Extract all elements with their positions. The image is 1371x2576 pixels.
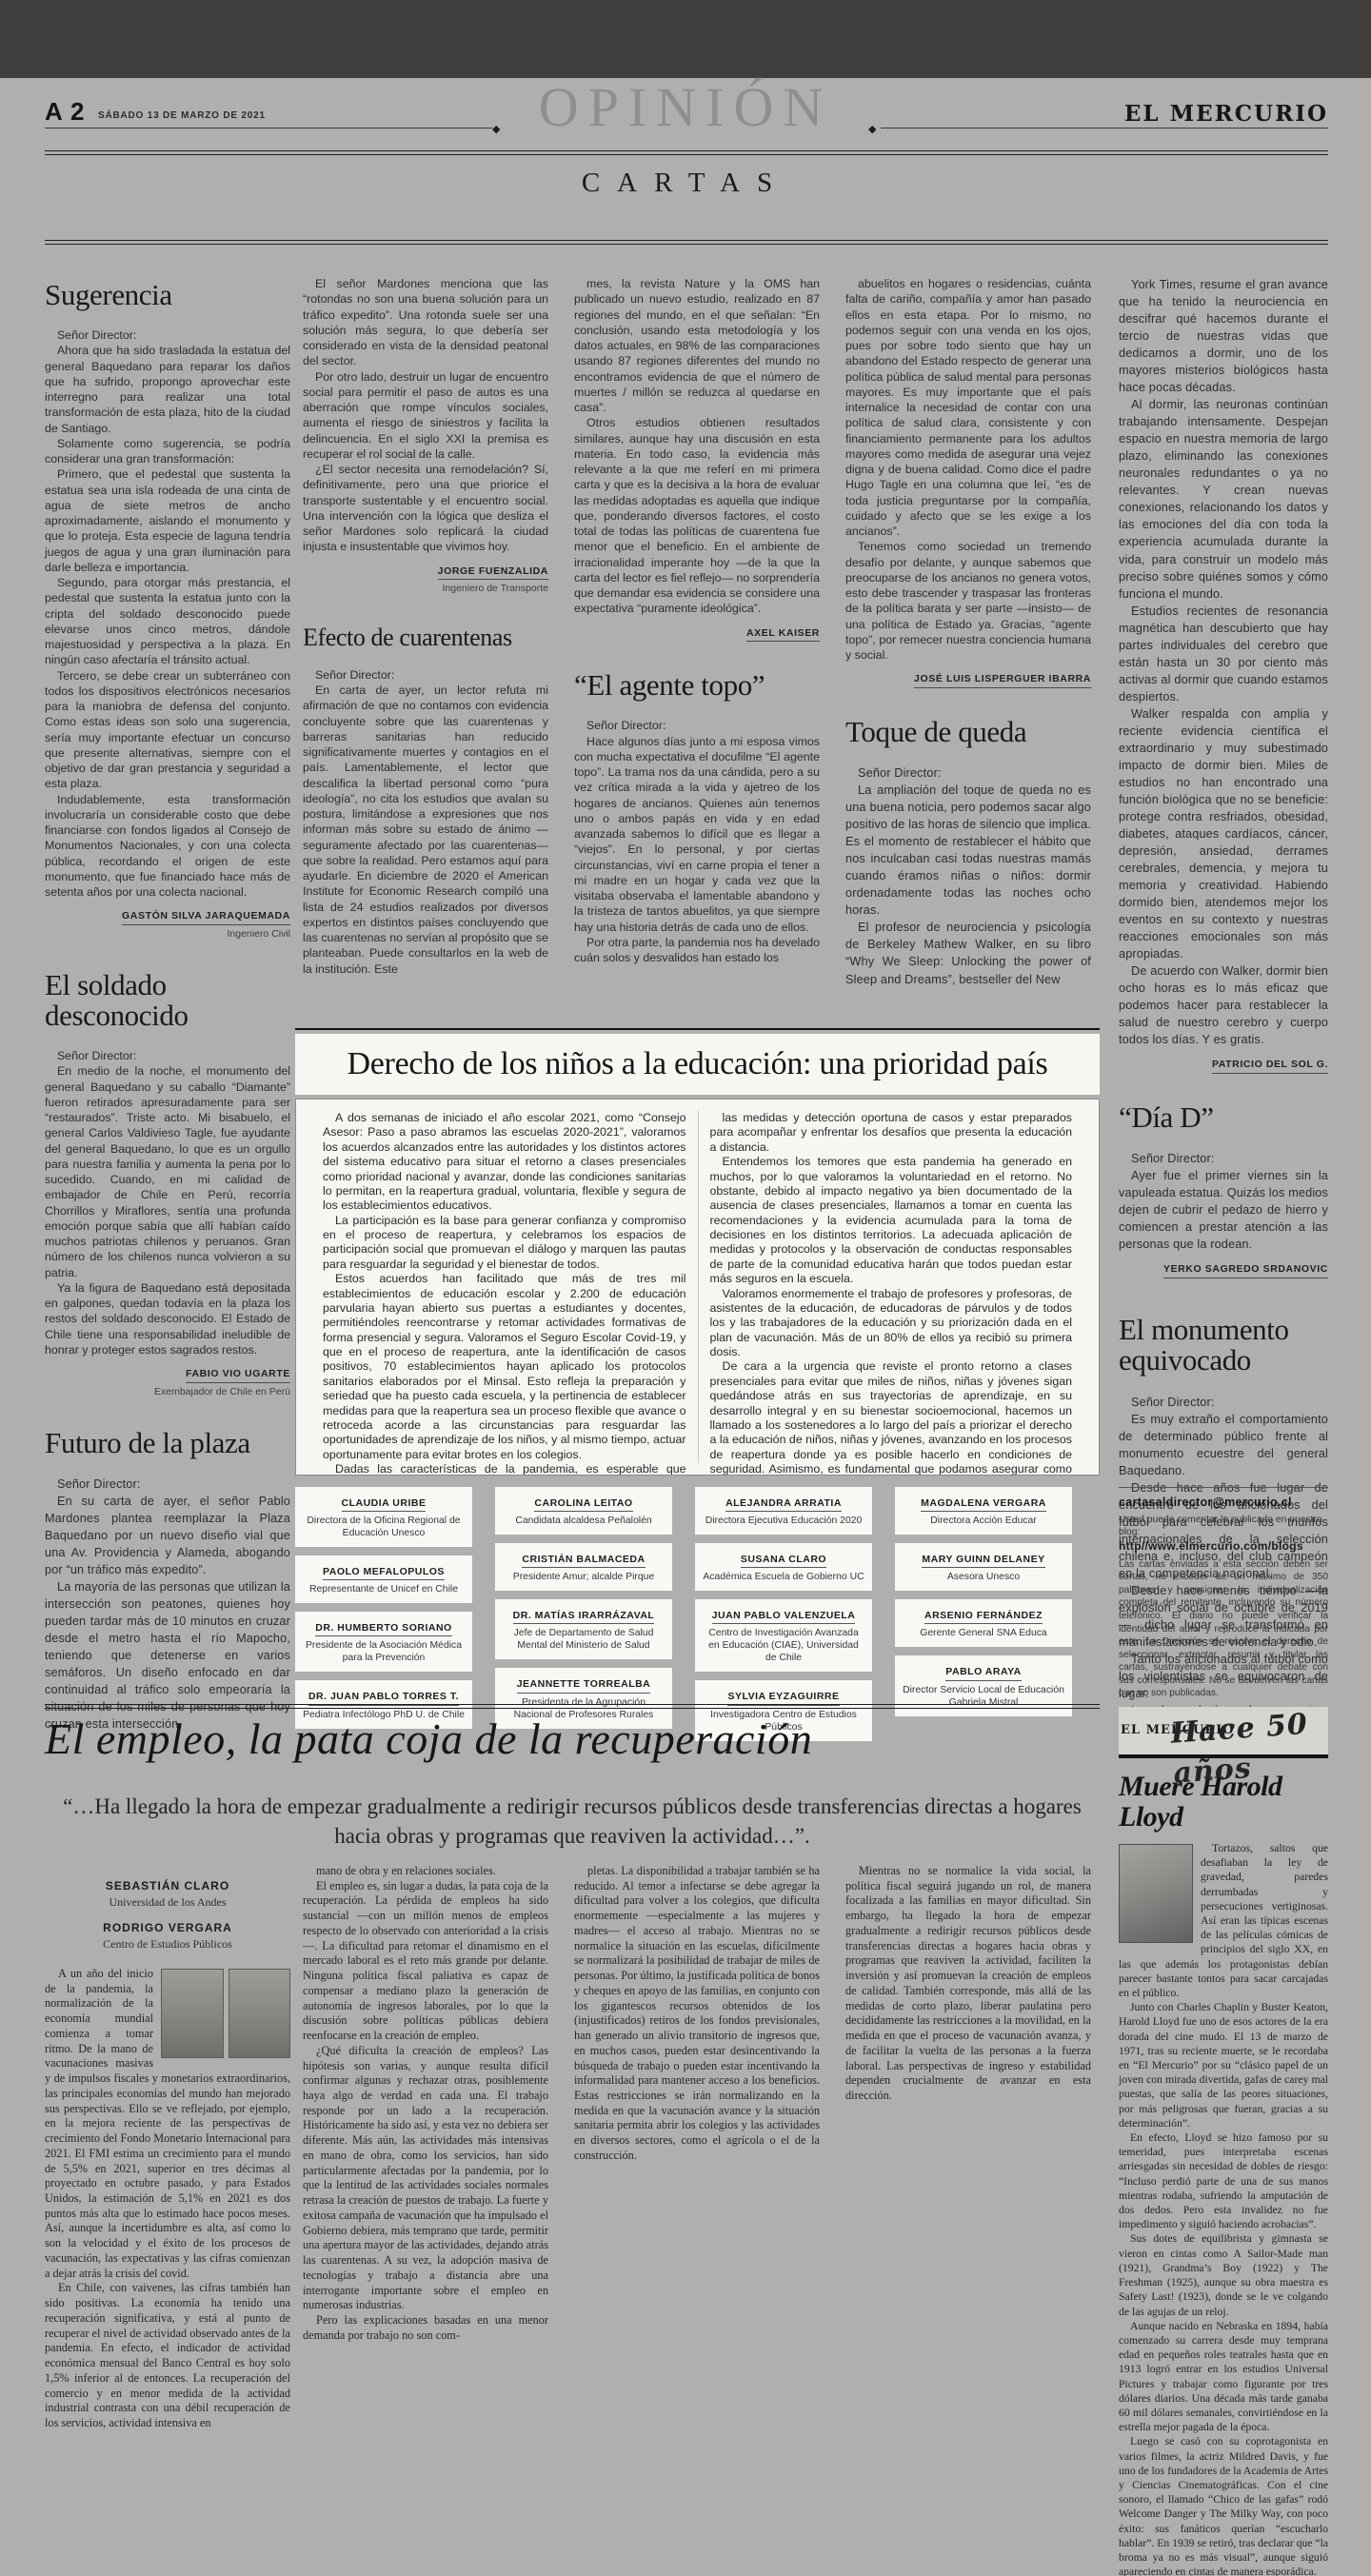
paragraph: Por otro lado, destruir un lugar de encu…	[303, 369, 548, 463]
signatory-chip: ALEJANDRA ARRATIADirectora Ejecutiva Edu…	[695, 1487, 872, 1535]
author-photos	[161, 1969, 290, 2058]
paragraph: Señor Director:	[1119, 1394, 1328, 1411]
cartas-double-rule	[45, 240, 1328, 245]
paragraph: Señor Director:	[45, 1048, 290, 1063]
signatory-role: Directora de la Oficina Regional de Educ…	[303, 1515, 465, 1539]
letter-title-dia-d: “Día D”	[1119, 1102, 1328, 1133]
signatory-role: Presidente de la Asociación Médica para …	[303, 1639, 465, 1664]
paragraph: Sus dotes de equilibrista y gimnasta se …	[1119, 2231, 1328, 2318]
paragraph: ¿Qué dificulta la creación de empleos? L…	[303, 2044, 548, 2313]
paragraph: mes, la revista Nature y la OMS han publ…	[574, 276, 820, 415]
editor-email-link[interactable]: cartasaldirector@mercurio.cl	[1119, 1496, 1328, 1510]
signature-name: GASTÓN SILVA JARAQUEMADA	[122, 910, 290, 925]
signatory-role: Candidata alcaldesa Peñalolén	[503, 1515, 665, 1527]
letter-body: Señor Director:Hace algunos días junto a…	[574, 718, 820, 965]
paragraph: La mayoría de las personas que utilizan …	[45, 1578, 290, 1733]
paragraph: Hace algunos días junto a mi esposa vimo…	[574, 734, 820, 935]
letter-continuation: mes, la revista Nature y la OMS han publ…	[574, 276, 820, 617]
paragraph: Estos acuerdos han facilitado que más de…	[323, 1272, 686, 1462]
signatory-name: PABLO ARAYA	[945, 1666, 1021, 1680]
letter-title-soldado: El soldado desconocido	[45, 970, 290, 1031]
signatory-chip: MAGDALENA VERGARADirectora Acción Educar	[895, 1487, 1072, 1535]
signatory-name: ALEJANDRA ARRATIA	[725, 1497, 842, 1512]
letters-column-1: Sugerencia Señor Director:Ahora que ha s…	[45, 276, 290, 1733]
signatory-chip: SUSANA CLAROAcadémica Escuela de Gobiern…	[695, 1543, 872, 1591]
paragraph: Por otra parte, la pandemia nos ha devel…	[574, 935, 820, 966]
signature-role: Ingeniero de Transporte	[303, 583, 548, 596]
diamond-icon: ◆	[868, 123, 876, 135]
author-portrait-photo	[228, 1969, 291, 2058]
paragraph: Luego se casó con su coprotagonista en v…	[1119, 2434, 1328, 2576]
author-name: RODRIGO VERGARA	[45, 1921, 290, 1934]
paragraph: Señor Director:	[1119, 1150, 1328, 1167]
paragraph: A dos semanas de iniciado el año escolar…	[323, 1111, 686, 1214]
signature-name: JOSÉ LUIS LISPERGUER IBARRA	[914, 673, 1091, 688]
paragraph: Aunque nacido en Nebraska en 1894, había…	[1119, 2319, 1328, 2435]
paragraph: En su carta de ayer, el señor Pablo Mard…	[45, 1493, 290, 1578]
paragraph: Señor Director:	[45, 327, 290, 343]
signatory-chip: DR. HUMBERTO SORIANOPresidente de la Aso…	[295, 1612, 472, 1672]
signatory-name: CRISTIÁN BALMACEDA	[522, 1554, 645, 1568]
author-portrait-photo	[161, 1969, 224, 2058]
banner-script-title: Hace 50 años	[1169, 1703, 1330, 1793]
letters-to-editor-info-box: cartasaldirector@mercurio.cl Usted puede…	[1119, 1487, 1328, 1700]
anniversary-article: Tortazos, saltos que desafiaban la ley d…	[1119, 1841, 1328, 2576]
education-feature-top-rule	[295, 1028, 1100, 1030]
education-body-left-column: A dos semanas de iniciado el año escolar…	[311, 1111, 698, 1463]
letter-body: Señor Director:Ahora que ha sido traslad…	[45, 327, 290, 900]
paragraph: Solamente como sugerencia, se podría con…	[45, 436, 290, 467]
paragraph: Segundo, para otorgar más prestancia, el…	[45, 575, 290, 668]
paragraph: Señor Director:	[845, 764, 1091, 782]
signature-role: Exembajador de Chile en Perú	[45, 1386, 290, 1399]
paragraph: La participación es la base para generar…	[323, 1214, 686, 1273]
employment-headline: El empleo, la pata coja de la recuperaci…	[45, 1715, 1100, 1764]
letter-signature: PATRICIO DEL SOL G.	[1119, 1055, 1328, 1074]
signatory-column-a: CLAUDIA URIBEDirectora de la Oficina Reg…	[295, 1487, 472, 1741]
letter-continuation: El señor Mardones menciona que las “roto…	[303, 276, 548, 555]
education-feature-body: A dos semanas de iniciado el año escolar…	[295, 1099, 1100, 1476]
diamond-icon: ◆	[492, 123, 500, 135]
signatory-chip: CRISTIÁN BALMACEDAPresidente Amur; alcal…	[495, 1543, 672, 1591]
signature-name: YERKO SAGREDO SRDANOVIC	[1163, 1263, 1328, 1278]
paragraph: Tercero, se debe crear un subterráneo co…	[45, 668, 290, 792]
letter-body: Señor Director:En medio de la noche, el …	[45, 1048, 290, 1357]
letters-column-4: abuelitos en hogares o residencias, cuán…	[845, 276, 1091, 988]
letter-continuation: abuelitos en hogares o residencias, cuán…	[845, 276, 1091, 663]
paragraph: Otros estudios obtienen resultados simil…	[574, 415, 820, 616]
signatory-chip: CLAUDIA URIBEDirectora de la Oficina Reg…	[295, 1487, 472, 1547]
fifty-years-banner: EL MERCURIO Hace 50 años	[1119, 1707, 1328, 1758]
paragraph: Señor Director:	[303, 667, 548, 683]
signatory-chip: ARSENIO FERNÁNDEZGerente General SNA Edu…	[895, 1599, 1072, 1647]
signatory-name: CLAUDIA URIBE	[342, 1497, 427, 1512]
anniversary-body: Tortazos, saltos que desafiaban la ley d…	[1119, 1841, 1328, 2576]
paragraph: El empleo es, sin lugar a dudas, la pata…	[303, 1879, 548, 2044]
paragraph: ¿El sector necesita una remodelación? Sí…	[303, 462, 548, 555]
letter-body: Señor Director:Ayer fue el primer vierne…	[1119, 1150, 1328, 1253]
paragraph: Entendemos los temores que esta pandemia…	[710, 1155, 1073, 1286]
paragraph: abuelitos en hogares o residencias, cuán…	[845, 276, 1091, 539]
signatory-role: Centro de Investigación Avanzada en Educ…	[703, 1627, 864, 1664]
paragraph: De cara a la urgencia que reviste el pro…	[710, 1359, 1073, 1476]
harold-lloyd-photo	[1119, 1844, 1193, 1943]
header-rule-right	[881, 128, 1328, 129]
signatory-chip: MARY GUINN DELANEYAsesora Unesco	[895, 1543, 1072, 1591]
paragraph: Al dormir, las neuronas continúan trabaj…	[1119, 396, 1328, 602]
letter-signature: AXEL KAISER	[574, 624, 820, 643]
signatory-chip: PAOLO MEFALOPULOSRepresentante de Unicef…	[295, 1556, 472, 1603]
header-double-rule	[45, 150, 1328, 155]
letter-title-cuarentenas: Efecto de cuarentenas	[303, 624, 548, 650]
signatory-name: JEANNETTE TORREALBA	[517, 1678, 651, 1693]
paragraph: En carta de ayer, un lector refuta mi af…	[303, 683, 548, 977]
paragraph: Junto con Charles Chaplin y Buster Keato…	[1119, 2000, 1328, 2130]
signatory-column-b: CAROLINA LEITAOCandidata alcaldesa Peñal…	[495, 1487, 672, 1741]
employment-section-rule	[45, 1704, 1100, 1709]
blog-url-link[interactable]: http//www.elmercurio.com/blogs	[1119, 1539, 1328, 1554]
education-signatories: CLAUDIA URIBEDirectora de la Oficina Reg…	[295, 1487, 1100, 1741]
employment-column-1: A un año del inicio de la pandemia, la n…	[45, 1967, 290, 2431]
employment-pull-quote: “…Ha llegado la hora de empezar gradualm…	[45, 1792, 1100, 1851]
paragraph: las medidas y detección oportuna de caso…	[710, 1111, 1073, 1155]
paragraph: Pero las explicaciones basadas en una me…	[303, 2313, 548, 2343]
author-affiliation: Centro de Estudios Públicos	[45, 1937, 290, 1951]
letter-title-futuro: Futuro de la plaza	[45, 1428, 290, 1458]
paragraph: Señor Director:	[574, 718, 820, 733]
letter-title-monumento: El monumento equivocado	[1119, 1315, 1328, 1376]
blog-invite-text: Usted puede comentar lo publicado en nue…	[1119, 1514, 1328, 1539]
signatory-role: Jefe de Departamento de Salud Mental del…	[503, 1627, 665, 1652]
signatory-chip: DR. MATÍAS IRARRÁZAVALJefe de Departamen…	[495, 1599, 672, 1659]
employment-column-4: Mientras no se normalice la vida social,…	[845, 1864, 1091, 2104]
signatory-column-d: MAGDALENA VERGARADirectora Acción Educar…	[895, 1487, 1072, 1741]
top-dark-band	[0, 0, 1371, 78]
paragraph: La ampliación del toque de queda no es u…	[845, 782, 1091, 919]
letter-continuation: York Times, resume el gran avance que ha…	[1119, 276, 1328, 1048]
letter-title-sugerencia: Sugerencia	[45, 280, 290, 310]
letter-title-agente-topo: “El agente topo”	[574, 670, 820, 701]
signatory-role: Académica Escuela de Gobierno UC	[703, 1571, 864, 1583]
signatory-role: Gerente General SNA Educa	[903, 1627, 1064, 1639]
letter-signature: YERKO SAGREDO SRDANOVIC	[1119, 1259, 1328, 1278]
fifty-years-ago-block: EL MERCURIO Hace 50 años Muere Harold Ll…	[1119, 1707, 1328, 2576]
paragraph: En medio de la noche, el monumento del g…	[45, 1063, 290, 1280]
letter-body: Señor Director:En su carta de ayer, el s…	[45, 1476, 290, 1733]
author-name: SEBASTIÁN CLARO	[45, 1879, 290, 1892]
signatory-name: CAROLINA LEITAO	[534, 1497, 632, 1512]
paragraph: Ya la figura de Baquedano está depositad…	[45, 1280, 290, 1357]
signatory-chip: JUAN PABLO VALENZUELACentro de Investiga…	[695, 1599, 872, 1672]
signatory-name: JUAN PABLO VALENZUELA	[712, 1610, 856, 1624]
signatory-name: DR. HUMBERTO SORIANO	[315, 1622, 451, 1636]
employment-column-3: pletas. La disponibilidad a trabajar tam…	[574, 1864, 820, 2164]
letter-signature: FABIO VIO UGARTE Exembajador de Chile en…	[45, 1364, 290, 1398]
employment-authors: SEBASTIÁN CLARO Universidad de los Andes…	[45, 1879, 290, 1963]
signature-name: JORGE FUENZALIDA	[438, 565, 548, 581]
paragraph: El profesor de neurociencia y psicología…	[845, 919, 1091, 987]
paragraph: York Times, resume el gran avance que ha…	[1119, 276, 1328, 396]
paragraph: El señor Mardones menciona que las “roto…	[303, 276, 548, 369]
signature-name: FABIO VIO UGARTE	[186, 1368, 290, 1383]
signatory-name: ARSENIO FERNÁNDEZ	[924, 1610, 1043, 1624]
letter-signature: JOSÉ LUIS LISPERGUER IBARRA	[845, 669, 1091, 688]
paragraph: En efecto, Lloyd se hizo famoso por su t…	[1119, 2130, 1328, 2231]
education-feature-title: Derecho de los niños a la educación: una…	[295, 1034, 1100, 1095]
signatory-name: DR. MATÍAS IRARRÁZAVAL	[513, 1610, 655, 1624]
paragraph: mano de obra y en relaciones sociales.	[303, 1864, 548, 1879]
paragraph: Indudablemente, esta transformación invo…	[45, 792, 290, 901]
paragraph: Estudios recientes de resonancia magnéti…	[1119, 603, 1328, 705]
signatory-chip: CAROLINA LEITAOCandidata alcaldesa Peñal…	[495, 1487, 672, 1535]
letter-body: Señor Director:En carta de ayer, un lect…	[303, 667, 548, 977]
signatory-name: MAGDALENA VERGARA	[921, 1497, 1046, 1512]
paragraph: Valoramos enormemente el trabajo de prof…	[710, 1287, 1073, 1360]
paragraph: pletas. La disponibilidad a trabajar tam…	[574, 1864, 820, 2164]
paragraph: En Chile, con vaivenes, las cifras tambi…	[45, 2281, 290, 2430]
signature-role: Ingeniero Civil	[45, 928, 290, 941]
letter-body: Señor Director:La ampliación del toque d…	[845, 764, 1091, 987]
signatory-role: Directora Ejecutiva Educación 2020	[703, 1515, 864, 1527]
letter-title-toque: Toque de queda	[845, 717, 1091, 747]
signatory-name: PAOLO MEFALOPULOS	[323, 1566, 445, 1580]
paragraph: Mientras no se normalice la vida social,…	[845, 1864, 1091, 2104]
signatory-name: SUSANA CLARO	[741, 1554, 826, 1568]
signature-name: PATRICIO DEL SOL G.	[1212, 1059, 1328, 1074]
signatory-role: Representante de Unicef en Chile	[303, 1583, 465, 1595]
employment-column-2: mano de obra y en relaciones sociales.El…	[303, 1864, 548, 2344]
paragraph: Tenemos como sociedad un tremendo desafí…	[845, 539, 1091, 663]
newspaper-brand: EL MERCURIO	[1062, 103, 1328, 125]
education-body-right-column: las medidas y detección oportuna de caso…	[698, 1111, 1084, 1463]
paragraph: Primero, que el pedestal que sustenta la…	[45, 466, 290, 575]
signature-name: AXEL KAISER	[746, 627, 820, 643]
paragraph: Walker respalda con amplia y reciente ev…	[1119, 705, 1328, 962]
paragraph: Ahora que ha sido trasladada la estatua …	[45, 343, 290, 436]
paragraph: Es muy extraño el comportamiento de dete…	[1119, 1411, 1328, 1479]
author-affiliation: Universidad de los Andes	[45, 1895, 290, 1909]
paragraph: Señor Director:	[45, 1476, 290, 1493]
signatory-role: Presidente Amur; alcalde Pirque	[503, 1571, 665, 1583]
cartas-section-title: CARTAS	[0, 169, 1371, 197]
paragraph: Dadas las características de la pandemia…	[323, 1462, 686, 1476]
letters-column-2: El señor Mardones menciona que las “roto…	[303, 276, 548, 977]
header-rule-left	[45, 128, 492, 129]
letter-signature: GASTÓN SILVA JARAQUEMADA Ingeniero Civil	[45, 906, 290, 941]
letter-signature: JORGE FUENZALIDA Ingeniero de Transporte	[303, 562, 548, 596]
signatory-role: Asesora Unesco	[903, 1571, 1064, 1583]
paragraph: De acuerdo con Walker, dormir bien ocho …	[1119, 962, 1328, 1048]
signatory-role: Directora Acción Educar	[903, 1515, 1064, 1527]
signatory-name: MARY GUINN DELANEY	[922, 1554, 1044, 1568]
letters-policy-text: Las cartas enviadas a esta sección deben…	[1119, 1558, 1328, 1700]
paragraph: Ayer fue el primer viernes sin la vapule…	[1119, 1167, 1328, 1253]
signatory-column-c: ALEJANDRA ARRATIADirectora Ejecutiva Edu…	[695, 1487, 872, 1741]
letters-column-3: mes, la revista Nature y la OMS han publ…	[574, 276, 820, 965]
